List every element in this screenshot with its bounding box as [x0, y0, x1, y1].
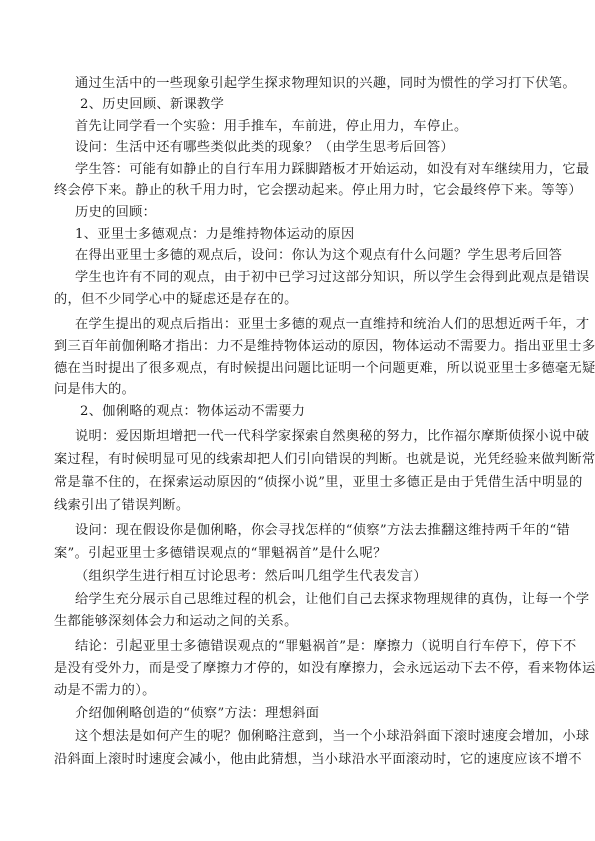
text-line: 设问：现在假设你是伽俐略，你会寻找怎样的“侦察”方法去推翻这维持两千年的“错: [75, 521, 538, 541]
text-line: 沿斜面上滚时时速度会减小，他由此猜想，当小球沿水平面滚动时，它的速度应该不增不: [54, 750, 538, 770]
text-line: 线索引出了错误判断。: [54, 496, 538, 516]
text-line: 的，但不少同学心中的疑虑还是存在的。: [54, 290, 538, 310]
text-line: 终会停下来。静止的秋千用力时，它会摆动起来。停止用力时，它会最终停下来。等等）: [54, 181, 538, 201]
text-line: 1、亚里士多德观点：力是维持物体运动的原因: [75, 225, 538, 245]
text-line: 学生也许有不同的观点，由于初中已学习过这部分知识，所以学生会得到此观点是错误: [75, 268, 538, 288]
text-line: 2、伽俐略的观点：物体运动不需要力: [80, 402, 564, 422]
text-line: 问是伟大的。: [54, 380, 538, 400]
text-line: 是没有受外力，而是受了摩擦力才停的，如没有摩擦力，会永远运动下去不停，看来物体运: [54, 659, 538, 679]
text-line: 介绍伽俐略创造的“侦察”方法：理想斜面: [75, 704, 538, 724]
text-line: 首先让同学看一个实验：用手推车，车前进，停止用力，车停止。: [75, 117, 538, 137]
text-line: 常是靠不住的，在探索运动原因的“侦探小说”里，亚里士多德正是由于凭借生活中明显的: [54, 473, 538, 493]
text-line: 说明：爱因斯坦增把一代一代科学家探索自然奥秘的努力，比作福尔摩斯侦探小说中破: [75, 427, 538, 447]
text-line: 在得出亚里士多德的观点后，设问：你认为这个观点有什么问题？学生思考后回答: [75, 246, 538, 266]
document-page: 通过生活中的一些现象引起学生探求物理知识的兴趣，同时为惯性的学习打下伏笔。2、历…: [0, 0, 595, 841]
text-line: 动是不需力的）。: [54, 681, 538, 701]
text-line: 这个想法是如何产生的呢？伽俐略注意到，当一个小球沿斜面下滚时速度会增加，小球: [75, 727, 538, 747]
text-line: 生都能够深刻体会力和运动之间的关系。: [54, 612, 538, 632]
text-line: 通过生活中的一些现象引起学生探求物理知识的兴趣，同时为惯性的学习打下伏笔。: [75, 74, 538, 94]
text-line: （组织学生进行相互讨论思考：然后叫几组学生代表发言）: [75, 567, 538, 587]
text-line: 结论：引起亚里士多德错误观点的“罪魁祸首”是：摩擦力（说明自行车停下，停下不: [75, 637, 538, 657]
text-line: 学生答：可能有如静止的自行车用力踩脚踏板才开始运动，如没有对车继续用力，它最: [75, 160, 538, 180]
text-line: 2、历史回顾、新课教学: [80, 95, 564, 115]
text-line: 设问：生活中还有哪些类似此类的现象？（由学生思考后回答）: [75, 138, 538, 158]
text-line: 案过程，有时候明显可见的线索却把人们引向错误的判断。也就是说，光凭经验来做判断常: [54, 450, 538, 470]
text-line: 历史的回顾：: [75, 203, 538, 223]
text-line: 在学生提出的观点后指出：亚里士多德的观点一直维持和统治人们的思想近两千年，才: [75, 315, 538, 335]
text-line: 到三百年前伽俐略才指出：力不是维持物体运动的原因，物体运动不需要力。指出亚里士多: [54, 337, 538, 357]
text-line: 德在当时提出了很多观点，有时候提出问题比证明一个问题更难，所以说亚里士多德毫无疑: [54, 359, 538, 379]
text-line: 给学生充分展示自己思维过程的机会，让他们自己去探求物理规律的真伪，让每一个学: [75, 590, 538, 610]
text-line: 案”。引起亚里士多德错误观点的“罪魁祸首”是什么呢？: [54, 544, 538, 564]
